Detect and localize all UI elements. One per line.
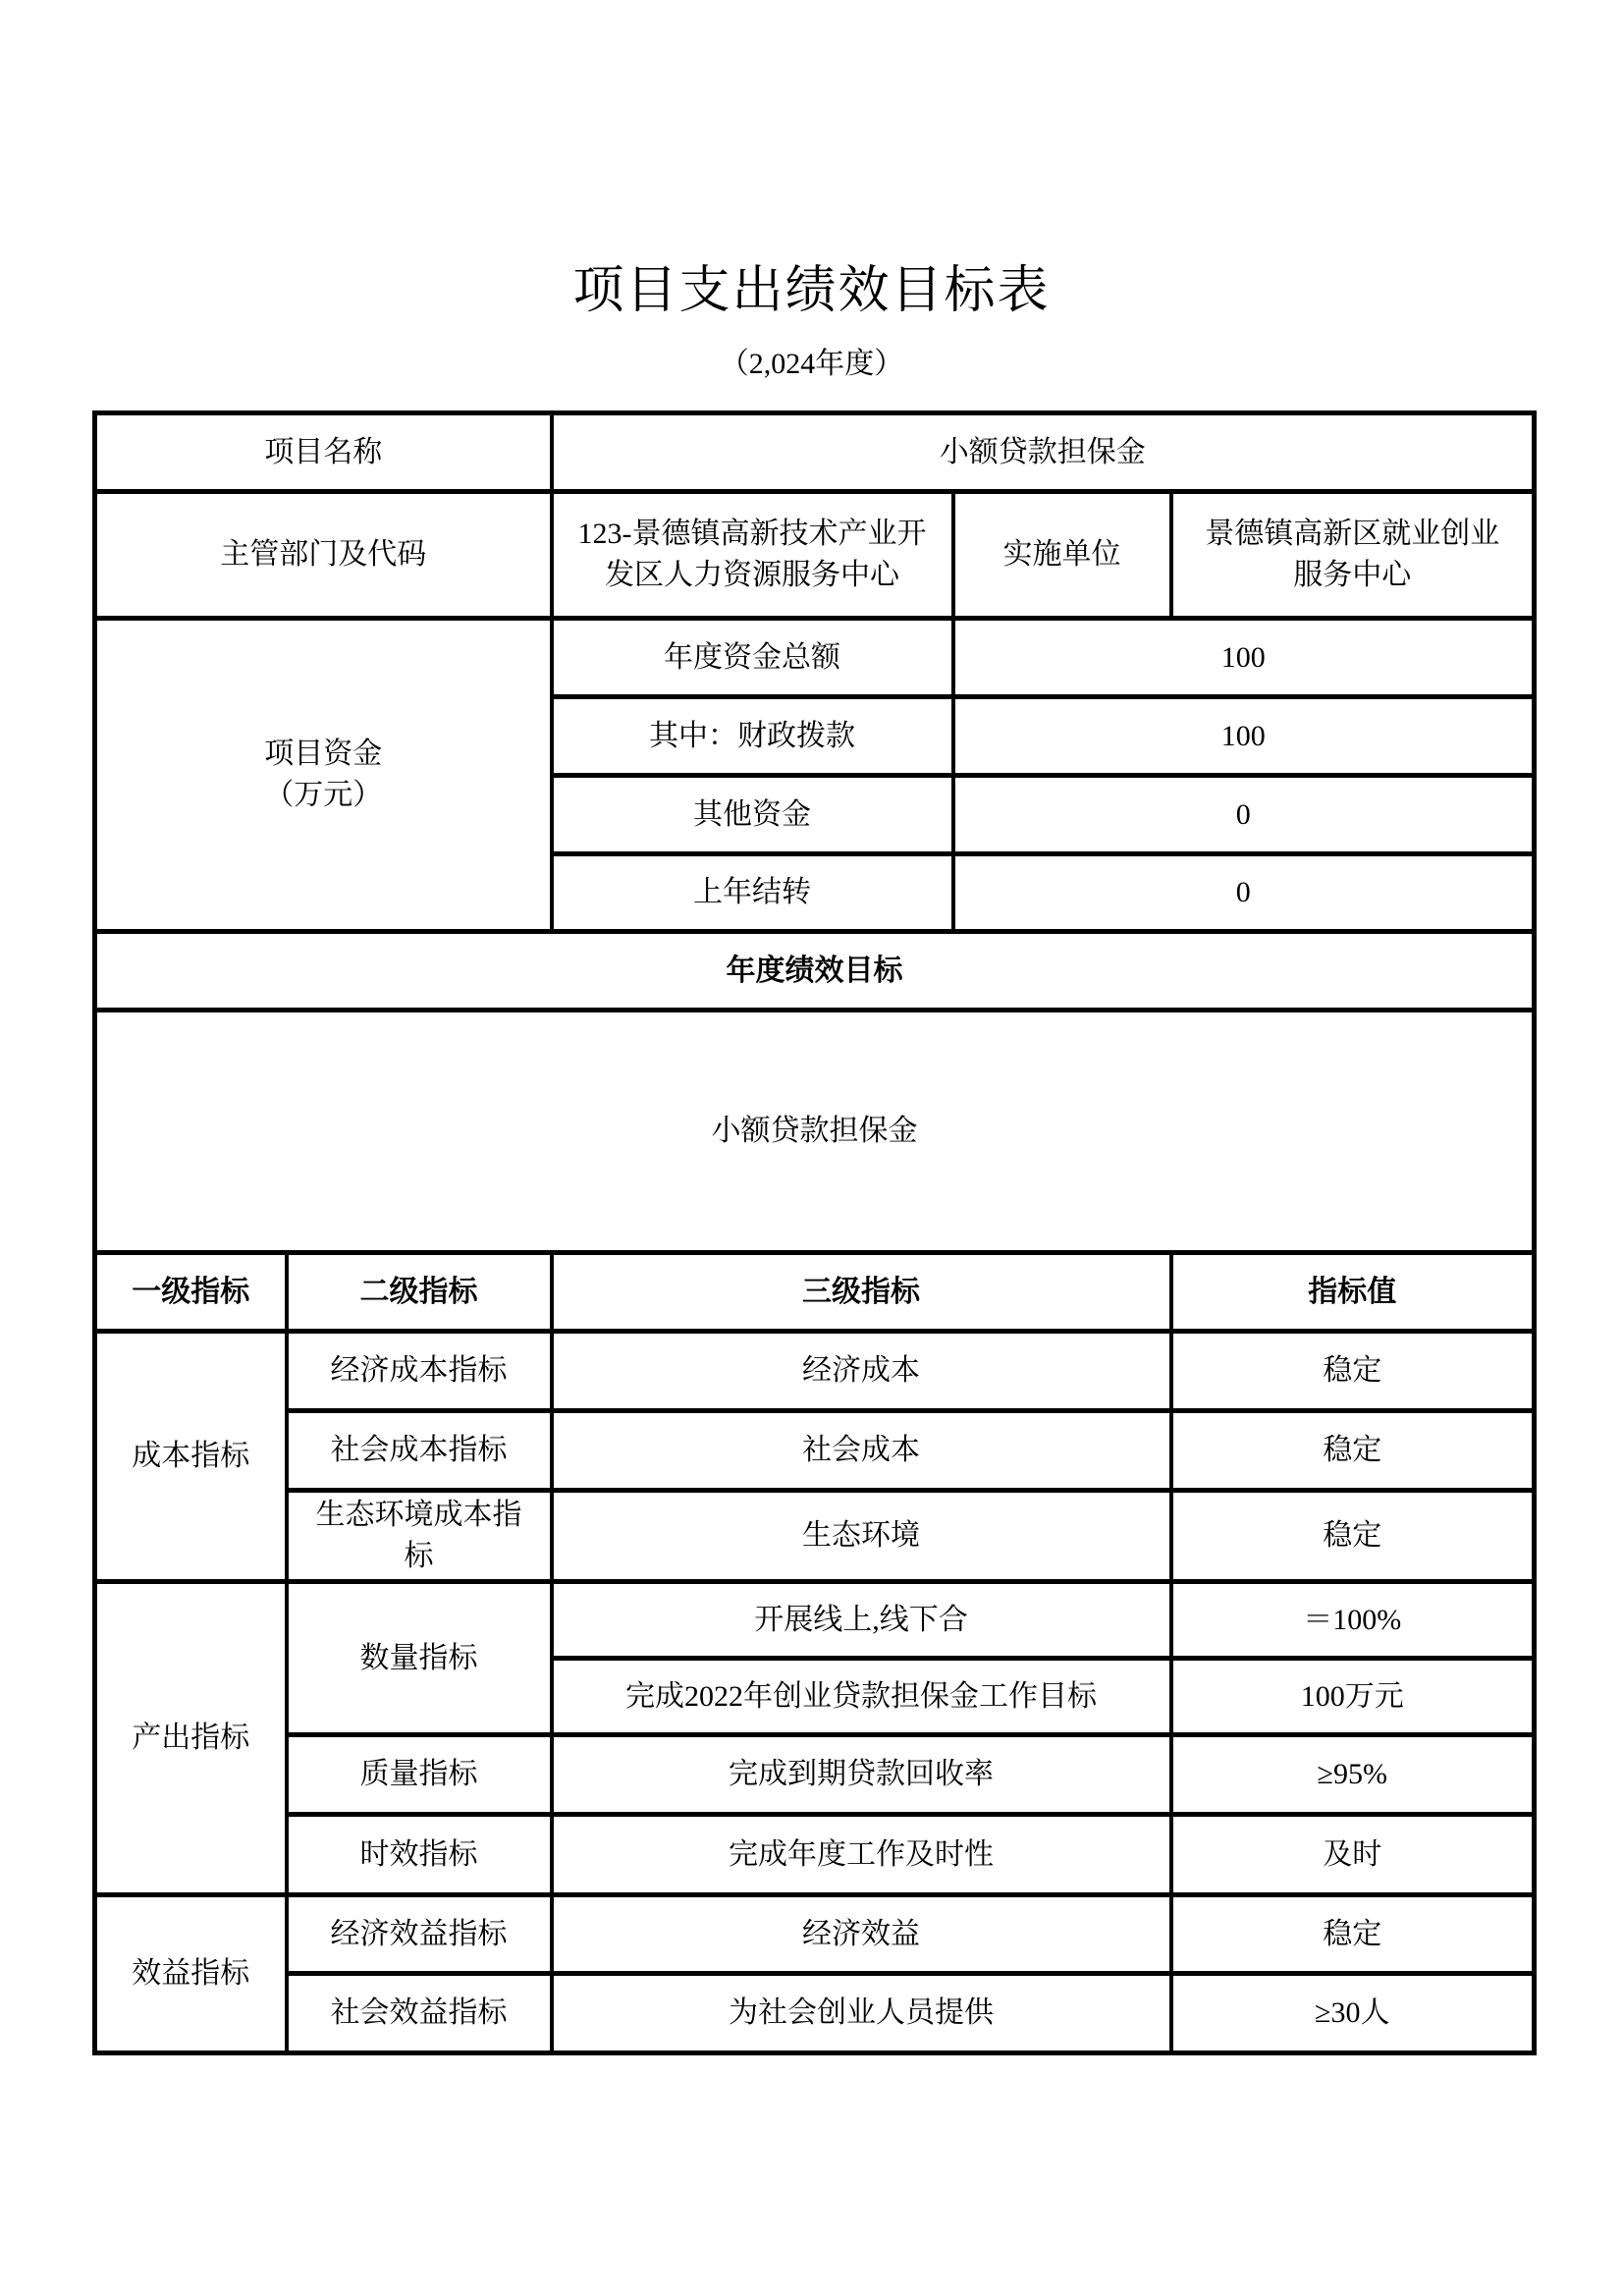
funds-row-label-cell: 年度资金总额 bbox=[552, 619, 953, 697]
indicator-value-cell: 稳定 bbox=[1171, 1895, 1535, 1974]
header-level1-cell: 一级指标 bbox=[95, 1253, 287, 1332]
indicator-value-cell: ＝100% bbox=[1171, 1582, 1535, 1659]
level1-cost-cell: 成本指标 bbox=[95, 1332, 287, 1582]
table-row: 成本指标 经济成本指标 经济成本 稳定 bbox=[95, 1332, 1535, 1411]
funds-row-label-cell: 其他资金 bbox=[552, 776, 953, 854]
impl-unit-value-cell: 景德镇高新区就业创业 服务中心 bbox=[1171, 492, 1535, 619]
table-row: 生态环境成本指 标 生态环境 稳定 bbox=[95, 1491, 1535, 1582]
annual-goal-section-title-cell: 年度绩效目标 bbox=[95, 932, 1535, 1011]
level3-cell: 社会成本 bbox=[552, 1411, 1171, 1491]
header-level2-cell: 二级指标 bbox=[287, 1253, 552, 1332]
level2-cell: 数量指标 bbox=[287, 1582, 552, 1735]
performance-target-table: 项目名称 小额贷款担保金 主管部门及代码 123-景德镇高新技术产业开 发区人力… bbox=[92, 410, 1537, 2055]
level2-cell: 经济成本指标 bbox=[287, 1332, 552, 1411]
funds-row-label-cell: 上年结转 bbox=[552, 854, 953, 932]
level3-cell: 为社会创业人员提供 bbox=[552, 1974, 1171, 2053]
table-row: 时效指标 完成年度工作及时性 及时 bbox=[95, 1815, 1535, 1895]
level3-cell: 完成到期贷款回收率 bbox=[552, 1735, 1171, 1815]
dept-label-cell: 主管部门及代码 bbox=[95, 492, 552, 619]
project-name-value-cell: 小额贷款担保金 bbox=[552, 413, 1535, 492]
indicator-value-cell: 100万元 bbox=[1171, 1659, 1535, 1735]
level3-cell: 经济效益 bbox=[552, 1895, 1171, 1974]
level3-cell: 完成年度工作及时性 bbox=[552, 1815, 1171, 1895]
funds-row-value-cell: 100 bbox=[953, 619, 1535, 697]
indicator-value-cell: 稳定 bbox=[1171, 1411, 1535, 1491]
level3-cell: 生态环境 bbox=[552, 1491, 1171, 1582]
table-row: 社会成本指标 社会成本 稳定 bbox=[95, 1411, 1535, 1491]
table-header-row: 一级指标 二级指标 三级指标 指标值 bbox=[95, 1253, 1535, 1332]
indicator-value-cell: 稳定 bbox=[1171, 1491, 1535, 1582]
table-row: 年度绩效目标 bbox=[95, 932, 1535, 1011]
table-row: 质量指标 完成到期贷款回收率 ≥95% bbox=[95, 1735, 1535, 1815]
level3-cell: 完成2022年创业贷款担保金工作目标 bbox=[552, 1659, 1171, 1735]
document-page: 项目支出绩效目标表 （2,024年度） 项目名称 小额贷款担保金 主管部门及代码… bbox=[0, 0, 1623, 2055]
document-subtitle: （2,024年度） bbox=[0, 348, 1623, 381]
project-name-label-cell: 项目名称 bbox=[95, 413, 552, 492]
level2-cell: 经济效益指标 bbox=[287, 1895, 552, 1974]
level3-cell: 开展线上,线下合 bbox=[552, 1582, 1171, 1659]
header-level3-cell: 三级指标 bbox=[552, 1253, 1171, 1332]
header-value-cell: 指标值 bbox=[1171, 1253, 1535, 1332]
table-row: 小额贷款担保金 bbox=[95, 1011, 1535, 1253]
dept-value-cell: 123-景德镇高新技术产业开 发区人力资源服务中心 bbox=[552, 492, 953, 619]
table-row: 社会效益指标 为社会创业人员提供 ≥30人 bbox=[95, 1974, 1535, 2053]
table-row: 项目资金 （万元） 年度资金总额 100 bbox=[95, 619, 1535, 697]
table-row: 项目名称 小额贷款担保金 bbox=[95, 413, 1535, 492]
table-row: 产出指标 数量指标 开展线上,线下合 ＝100% bbox=[95, 1582, 1535, 1659]
level2-cell: 社会效益指标 bbox=[287, 1974, 552, 2053]
level2-cell: 质量指标 bbox=[287, 1735, 552, 1815]
funds-row-value-cell: 100 bbox=[953, 697, 1535, 776]
level2-cell: 社会成本指标 bbox=[287, 1411, 552, 1491]
impl-unit-label-cell: 实施单位 bbox=[953, 492, 1171, 619]
level2-cell: 生态环境成本指 标 bbox=[287, 1491, 552, 1582]
level2-cell: 时效指标 bbox=[287, 1815, 552, 1895]
funds-row-label-cell: 其中：财政拨款 bbox=[552, 697, 953, 776]
indicator-value-cell: ≥30人 bbox=[1171, 1974, 1535, 2053]
funds-label-cell: 项目资金 （万元） bbox=[95, 619, 552, 932]
level1-benefit-cell: 效益指标 bbox=[95, 1895, 287, 2053]
document-title: 项目支出绩效目标表 bbox=[0, 0, 1623, 320]
table-row: 主管部门及代码 123-景德镇高新技术产业开 发区人力资源服务中心 实施单位 景… bbox=[95, 492, 1535, 619]
funds-row-value-cell: 0 bbox=[953, 854, 1535, 932]
level1-output-cell: 产出指标 bbox=[95, 1582, 287, 1895]
funds-row-value-cell: 0 bbox=[953, 776, 1535, 854]
indicator-value-cell: 稳定 bbox=[1171, 1332, 1535, 1411]
level3-cell: 经济成本 bbox=[552, 1332, 1171, 1411]
table-row: 效益指标 经济效益指标 经济效益 稳定 bbox=[95, 1895, 1535, 1974]
annual-goal-text-cell: 小额贷款担保金 bbox=[95, 1011, 1535, 1253]
indicator-value-cell: 及时 bbox=[1171, 1815, 1535, 1895]
indicator-value-cell: ≥95% bbox=[1171, 1735, 1535, 1815]
